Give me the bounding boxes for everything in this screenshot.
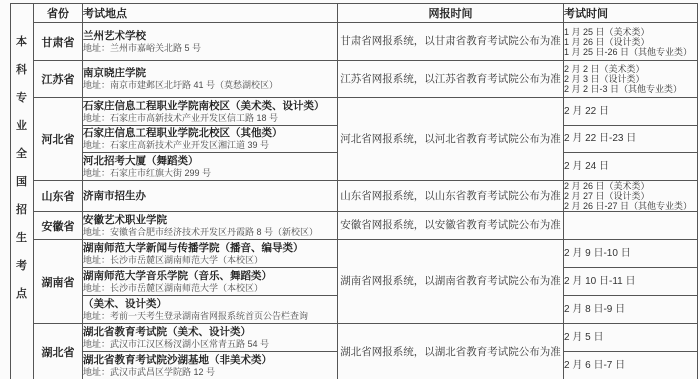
table-row: 甘肃省兰州艺术学校地址：兰州市嘉峪关北路 5 号甘肃省网报系统，以甘肃省教育考试… [11,23,698,61]
side-label: 本科专业全国招生考点 [11,28,33,308]
table-row: 江苏省南京晓庄学院地址：南京市建邺区北圩路 41 号（莫愁湖校区）江苏省网报系统… [11,61,698,98]
exam-site-cell: 湖北省教育考试院沙湖基地（非美术类）地址：武汉市武昌区学院路 12 号 [83,352,338,379]
exam-time-cell: 2 月 10 日-11 日 [564,268,698,296]
col-header-location: 考试地点 [83,4,338,23]
table-header-row: 本科专业全国招生考点 省份 考试地点 网报时间 考试时间 [11,4,698,23]
reg-system-cell: 江苏省网报系统，以江苏省教育考试院公布为准 [338,61,564,98]
exam-time: 1 月 26 日（设计类） [564,37,697,47]
exam-site-cell: 湖北省教育考试院（美术、设计类）地址：武汉市江汉区杨汊湖小区常青五路 54 号 [83,324,338,352]
site-name: 兰州艺术学校 [83,30,337,43]
exam-site-cell: 石家庄信息工程职业学院南校区（美术类、设计类）地址：石家庄市高新技术产业开发区信… [83,98,338,126]
exam-time-cell: 2 月 2 日（美术类）2 月 3 日（设计类）2 月 2 日-3 日（其他专业… [564,61,698,98]
exam-time: 2 月 22 日 [564,106,697,118]
table-row: 安徽省安徽艺术职业学院地址：安徽省合肥市经济技术开发区丹霞路 8 号（新校区）安… [11,212,698,240]
exam-time: 2 月 5 日 [564,332,697,344]
exam-time-cell: 2 月 5 日 [564,324,698,352]
exam-site-cell: 湖南师范大学音乐学院（音乐、舞蹈类）地址：长沙市岳麓区湖南师范大学（本校区） [83,268,338,296]
site-address: 地址：长沙市岳麓区湖南师范大学（本校区） [83,255,337,266]
exam-time-cell: 1 月 25 日（美术类）1 月 26 日（设计类）1 月 25 日-26 日（… [564,23,698,61]
side-label-line: 全国 [11,140,33,196]
exam-time: 2 月 26 日（美术类） [564,181,697,191]
exam-time: 1 月 25 日-26 日（其他专业类） [564,47,697,57]
site-name: 安徽艺术职业学院 [83,214,337,227]
site-address: 地址：南京市建邺区北圩路 41 号（莫愁湖校区） [83,80,337,91]
reg-system-cell: 湖北省网报系统，以湖北省教育考试院公布为准 [338,324,564,379]
exam-time: 2 月 2 日（美术类） [564,64,697,74]
reg-system-cell: 湖南省网报系统，以湖南省教育考试院公布为准 [338,240,564,324]
province-cell: 甘肃省 [34,23,83,61]
table-row: 河北省石家庄信息工程职业学院南校区（美术类、设计类）地址：石家庄市高新技术产业开… [11,98,698,126]
side-label-line: 本科 [11,28,33,84]
exam-sites-page: 本科专业全国招生考点 省份 考试地点 网报时间 考试时间 甘肃省兰州艺术学校地址… [0,0,700,379]
col-header-exam-time: 考试时间 [564,4,698,23]
site-address: 地址：石家庄市红旗大街 299 号 [83,168,337,179]
side-label-line: 考点 [11,252,33,308]
col-header-reg-time: 网报时间 [338,4,564,23]
exam-time: 2 月 6 日-7 日 [564,360,697,372]
table-row: 山东省济南市招生办山东省网报系统，以山东省教育考试院公布为准2 月 26 日（美… [11,181,698,212]
site-name: 石家庄信息工程职业学院南校区（美术类、设计类） [83,100,337,113]
site-name: 湖北省教育考试院沙湖基地（非美术类） [83,354,337,367]
exam-site-cell: 湖南师范大学新闻与传播学院（播音、编导类）地址：长沙市岳麓区湖南师范大学（本校区… [83,240,338,268]
exam-time: 2 月 27 日（设计类） [564,191,697,201]
table-row: 湖南省湖南师范大学新闻与传播学院（播音、编导类）地址：长沙市岳麓区湖南师范大学（… [11,240,698,268]
exam-time-cell: 2 月 8 日-9 日 [564,296,698,324]
exam-time: 1 月 25 日（美术类） [564,27,697,37]
province-cell: 安徽省 [34,212,83,240]
exam-time: 2 月 26 日-27 日（其他专业类） [564,201,697,211]
side-label-line: 招生 [11,196,33,252]
exam-time: 2 月 22 日-23 日 [564,133,697,145]
exam-time: 2 月 24 日 [564,161,697,173]
exam-time: 2 月 3 日（设计类） [564,74,697,84]
site-address: 地址：兰州市嘉峪关北路 5 号 [83,43,337,54]
site-name: 南京晓庄学院 [83,67,337,80]
province-cell: 湖南省 [34,240,83,324]
exam-site-cell: 安徽艺术职业学院地址：安徽省合肥市经济技术开发区丹霞路 8 号（新校区） [83,212,338,240]
exam-time-cell: 2 月 22 日 [564,98,698,126]
exam-time-cell: 2 月 22 日-23 日 [564,126,698,153]
site-address: 地址：石家庄市高新技术产业开发区信工路 18 号 [83,113,337,124]
site-address: 地址：考前一天考生登录湖南省网报系统首页公告栏查询 [83,311,337,322]
site-address: 地址：长沙市岳麓区湖南师范大学（本校区） [83,283,337,294]
site-name: 济南市招生办 [83,190,337,203]
side-label-line: 专业 [11,84,33,140]
exam-time: 2 月 9 日-10 日 [564,248,697,260]
exam-site-cell: 河北招考大厦（舞蹈类）地址：石家庄市红旗大街 299 号 [83,153,338,181]
exam-time: 2 月 8 日-9 日 [564,304,697,316]
exam-site-cell: （美术、设计类）地址：考前一天考生登录湖南省网报系统首页公告栏查询 [83,296,338,324]
table-row: 湖北省湖北省教育考试院（美术、设计类）地址：武汉市江汉区杨汊湖小区常青五路 54… [11,324,698,352]
site-name: 石家庄信息工程职业学院北校区（其他类） [83,127,337,140]
exam-site-cell: 兰州艺术学校地址：兰州市嘉峪关北路 5 号 [83,23,338,61]
col-header-province: 省份 [34,4,83,23]
reg-system-cell: 甘肃省网报系统，以甘肃省教育考试院公布为准 [338,23,564,61]
exam-time: 2 月 2 日-3 日（其他专业类） [564,84,697,94]
side-label-cell: 本科专业全国招生考点 [11,4,34,379]
province-cell: 河北省 [34,98,83,181]
site-name: 湖南师范大学音乐学院（音乐、舞蹈类） [83,270,337,283]
exam-time-cell: 2 月 6 日-7 日 [564,352,698,379]
reg-system-cell: 河北省网报系统，以河北省教育考试院公布为准 [338,98,564,181]
site-name: 河北招考大厦（舞蹈类） [83,155,337,168]
site-name: （美术、设计类） [83,298,337,311]
exam-time-cell [564,212,698,240]
exam-time-cell: 2 月 9 日-10 日 [564,240,698,268]
site-name: 湖北省教育考试院（美术、设计类） [83,326,337,339]
site-address: 地址：武汉市江汉区杨汊湖小区常青五路 54 号 [83,339,337,350]
exam-time-cell: 2 月 24 日 [564,153,698,181]
exam-site-cell: 石家庄信息工程职业学院北校区（其他类）地址：石家庄高新技术产业开发区湘江道 39… [83,126,338,153]
site-address: 地址：石家庄高新技术产业开发区湘江道 39 号 [83,140,337,151]
exam-site-cell: 南京晓庄学院地址：南京市建邺区北圩路 41 号（莫愁湖校区） [83,61,338,98]
province-cell: 山东省 [34,181,83,212]
exam-sites-table: 本科专业全国招生考点 省份 考试地点 网报时间 考试时间 甘肃省兰州艺术学校地址… [10,3,698,379]
reg-system-cell: 安徽省网报系统，以安徽省教育考试院公布为准 [338,212,564,240]
site-address: 地址：安徽省合肥市经济技术开发区丹霞路 8 号（新校区） [83,227,337,238]
exam-site-cell: 济南市招生办 [83,181,338,212]
site-name: 湖南师范大学新闻与传播学院（播音、编导类） [83,242,337,255]
exam-time-cell: 2 月 26 日（美术类）2 月 27 日（设计类）2 月 26 日-27 日（… [564,181,698,212]
reg-system-cell: 山东省网报系统，以山东省教育考试院公布为准 [338,181,564,212]
province-cell: 湖北省 [34,324,83,379]
site-address: 地址：武汉市武昌区学院路 12 号 [83,367,337,378]
province-cell: 江苏省 [34,61,83,98]
exam-time: 2 月 10 日-11 日 [564,276,697,288]
